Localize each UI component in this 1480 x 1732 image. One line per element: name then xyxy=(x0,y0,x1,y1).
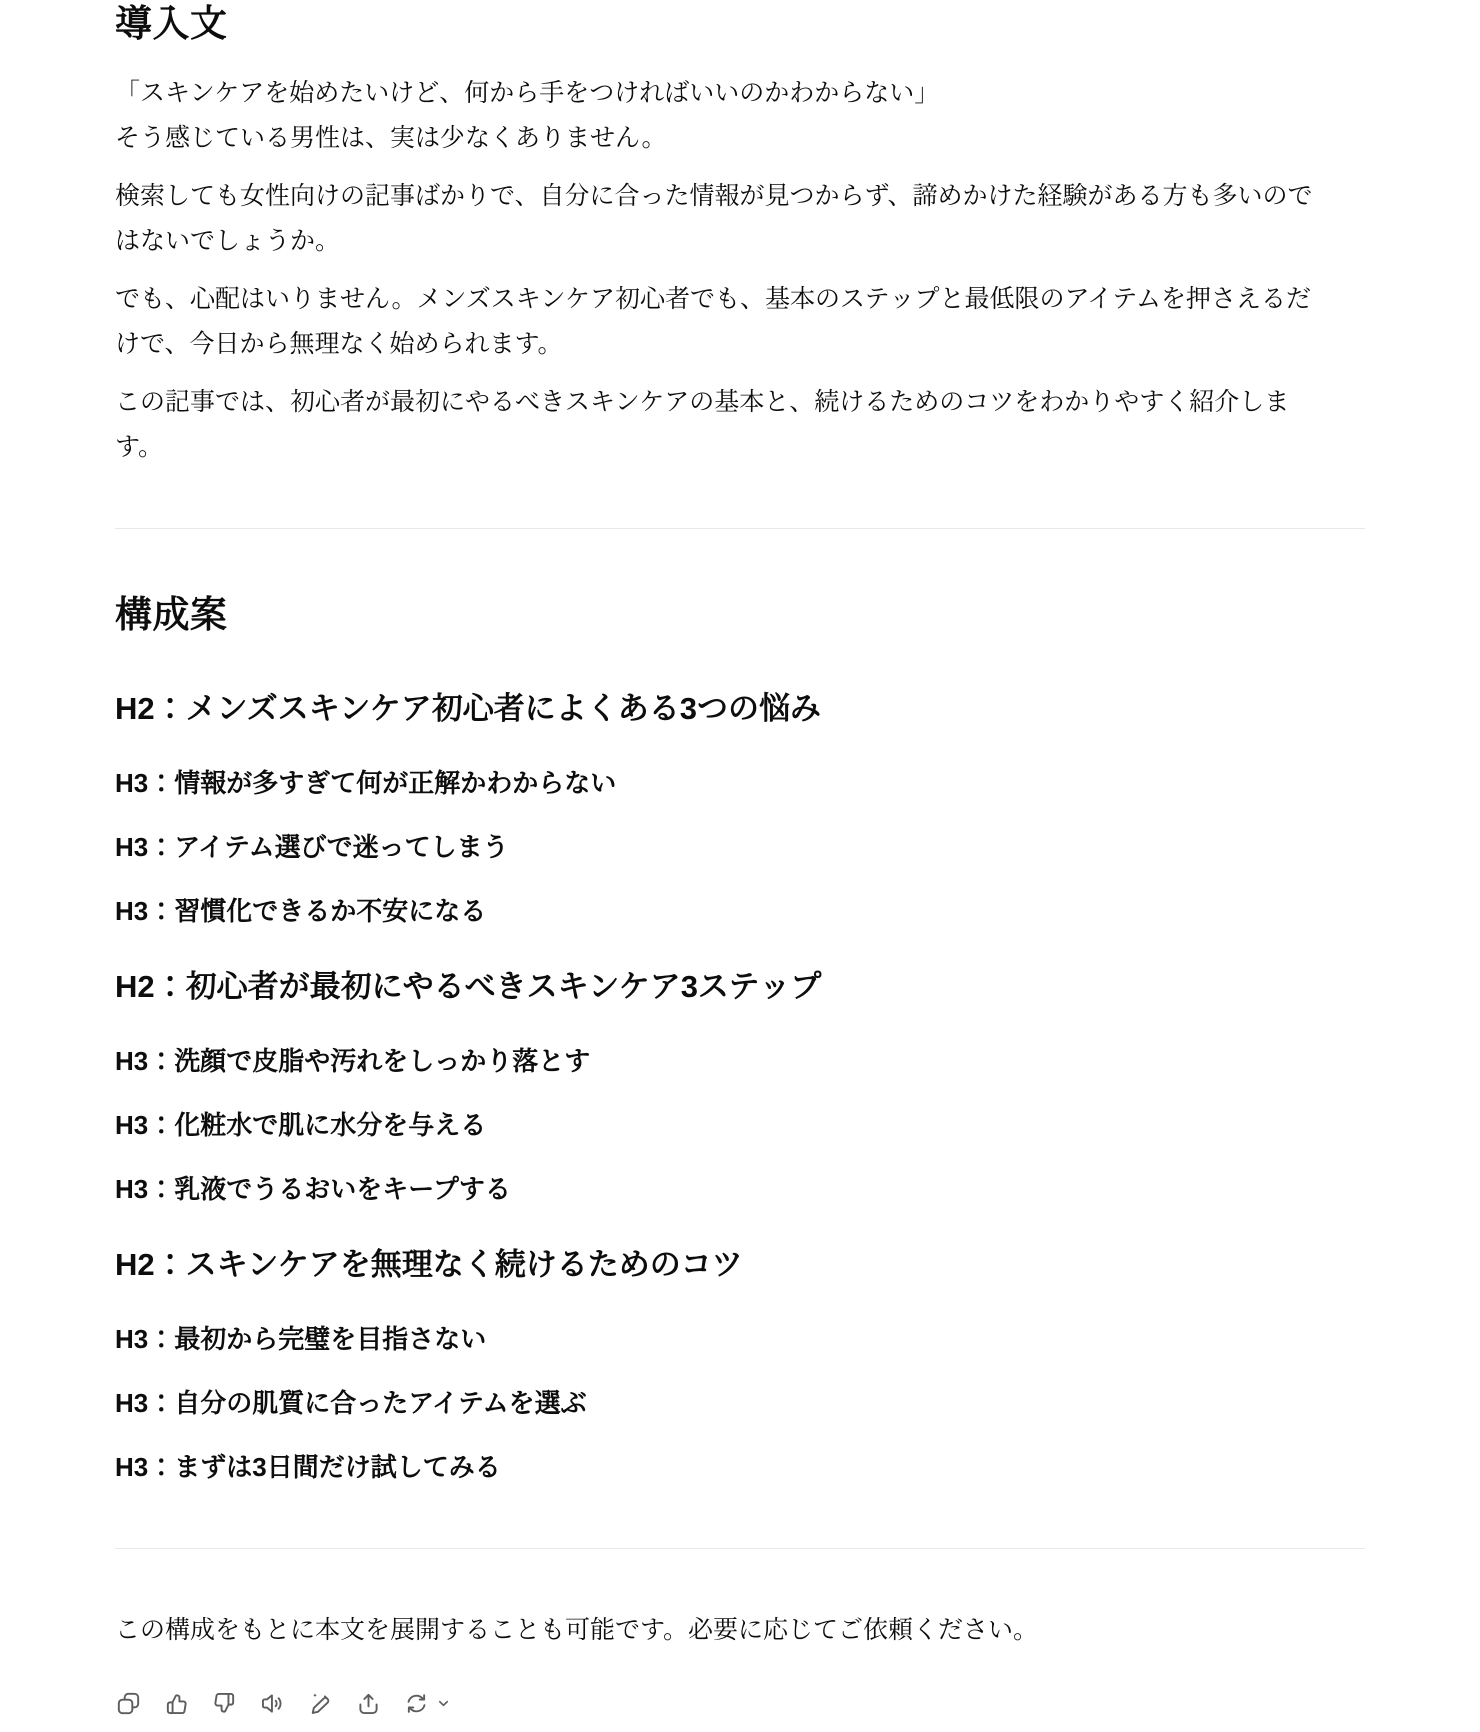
regenerate-icon xyxy=(403,1690,430,1717)
section-divider-top xyxy=(115,528,1365,529)
outline-h3: H3：化粧水で肌に水分を与える xyxy=(115,1108,1365,1142)
share-button[interactable] xyxy=(355,1689,382,1717)
outline-heading: 構成案 xyxy=(115,593,1365,637)
outline-h3: H3：最初から完璧を目指さない xyxy=(115,1322,1365,1356)
edit-button[interactable] xyxy=(307,1689,334,1717)
outline-h2: H2：スキンケアを無理なく続けるためのコツ xyxy=(115,1246,1365,1284)
outline-sections: H2：メンズスキンケア初心者によくある3つの悩みH3：情報が多すぎて何が正解かわ… xyxy=(115,690,1365,1484)
edit-icon xyxy=(307,1690,334,1717)
outline-h2: H2：メンズスキンケア初心者によくある3つの悩み xyxy=(115,690,1365,728)
text-line: 検索しても女性向けの記事ばかりで、自分に合った情報が見つからず、諦めかけた経験が… xyxy=(115,174,1365,219)
assistant-message: 導入文 「スキンケアを始めたいけど、何から手をつければいいのかわからない」そう感… xyxy=(0,0,1480,1726)
text-line: でも、心配はいりません。メンズスキンケア初心者でも、基本のステップと最低限のアイ… xyxy=(115,277,1365,322)
outline-h3: H3：洗顔で皮脂や汚れをしっかり落とす xyxy=(115,1044,1365,1078)
intro-paragraph: 「スキンケアを始めたいけど、何から手をつければいいのかわからない」そう感じている… xyxy=(115,71,1365,161)
outline-h3: H3：習慣化できるか不安になる xyxy=(115,894,1365,928)
share-icon xyxy=(355,1690,382,1717)
outline-section: H2：スキンケアを無理なく続けるためのコツH3：最初から完璧を目指さないH3：自… xyxy=(115,1246,1365,1484)
text-line: けで、今日から無理なく始められます。 xyxy=(115,322,1365,367)
outline-h2: H2：初心者が最初にやるべきスキンケア3ステップ xyxy=(115,968,1365,1006)
thumbs-up-button[interactable] xyxy=(163,1689,190,1717)
intro-heading: 導入文 xyxy=(115,2,1365,46)
section-divider-bottom xyxy=(115,1548,1365,1549)
read-aloud-button[interactable] xyxy=(259,1689,286,1717)
outline-h3: H3：まずは3日間だけ試してみる xyxy=(115,1450,1365,1484)
message-actions-toolbar xyxy=(115,1689,1365,1717)
outline-h3: H3：自分の肌質に合ったアイテムを選ぶ xyxy=(115,1386,1365,1420)
outline-section: H2：メンズスキンケア初心者によくある3つの悩みH3：情報が多すぎて何が正解かわ… xyxy=(115,690,1365,928)
text-line: 「スキンケアを始めたいけど、何から手をつければいいのかわからない」 xyxy=(115,71,1365,116)
copy-button[interactable] xyxy=(115,1689,142,1717)
regenerate-button[interactable] xyxy=(403,1689,452,1717)
intro-paragraph: 検索しても女性向けの記事ばかりで、自分に合った情報が見つからず、諦めかけた経験が… xyxy=(115,174,1365,264)
read-aloud-icon xyxy=(259,1690,286,1717)
intro-paragraphs: 「スキンケアを始めたいけど、何から手をつければいいのかわからない」そう感じている… xyxy=(115,71,1365,470)
intro-paragraph: この記事では、初心者が最初にやるべきスキンケアの基本と、続けるためのコツをわかり… xyxy=(115,380,1365,470)
text-line: す。 xyxy=(115,425,1365,470)
outline-h3: H3：乳液でうるおいをキープする xyxy=(115,1172,1365,1206)
text-line: はないでしょうか。 xyxy=(115,219,1365,264)
chevron-down-icon xyxy=(435,1695,452,1712)
thumbs-down-icon xyxy=(211,1690,238,1717)
thumbs-down-button[interactable] xyxy=(211,1689,238,1717)
closing-note: この構成をもとに本文を展開することも可能です。必要に応じてご依頼ください。 xyxy=(115,1608,1365,1653)
outline-h3: H3：情報が多すぎて何が正解かわからない xyxy=(115,766,1365,800)
intro-paragraph: でも、心配はいりません。メンズスキンケア初心者でも、基本のステップと最低限のアイ… xyxy=(115,277,1365,367)
copy-icon xyxy=(115,1690,142,1717)
text-line: そう感じている男性は、実は少なくありません。 xyxy=(115,116,1365,161)
outline-section: H2：初心者が最初にやるべきスキンケア3ステップH3：洗顔で皮脂や汚れをしっかり… xyxy=(115,968,1365,1206)
text-line: この記事では、初心者が最初にやるべきスキンケアの基本と、続けるためのコツをわかり… xyxy=(115,380,1365,425)
thumbs-up-icon xyxy=(163,1690,190,1717)
outline-h3: H3：アイテム選びで迷ってしまう xyxy=(115,830,1365,864)
